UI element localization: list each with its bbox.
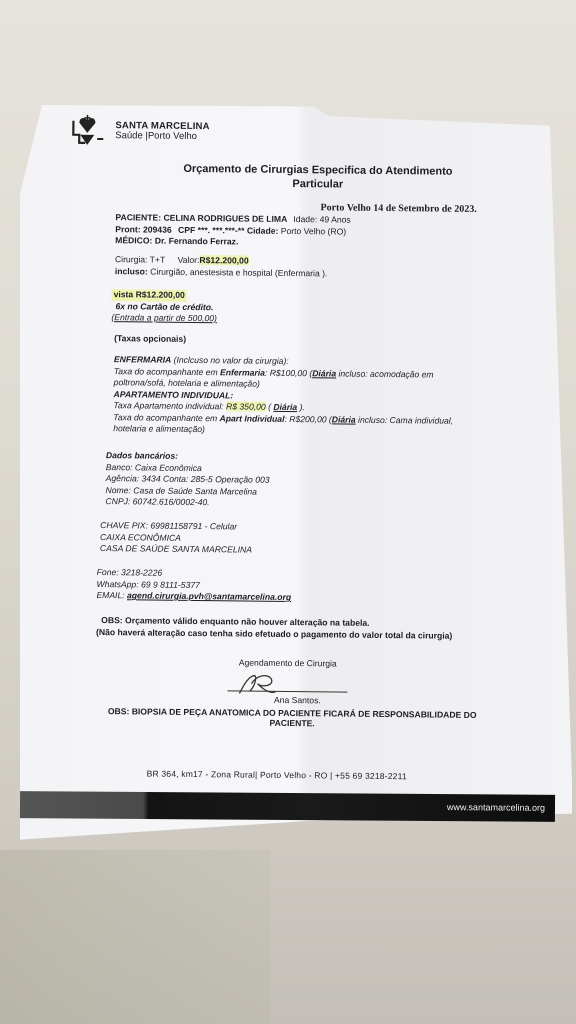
surgery-value: R$12.200,00 [199,255,248,266]
patient-age: 49 Anos [320,214,351,224]
bank-account: Agência: 3434 Conta: 285-5 Operação 003 [106,473,270,486]
validity-notes: OBS: Orçamento válido enquanto não houve… [96,615,452,642]
ward-fees: ENFERMARIA (Inclcuso no valor da cirurgi… [113,354,464,438]
footer-url[interactable]: www.santamarcelina.org [447,802,545,813]
patient-info: PACIENTE: CELINA RODRIGUES DE LIMA Idade… [115,212,351,249]
contact-details: Fone: 3218-2226 WhatsApp: 69 9 8111-5377… [96,567,291,604]
optional-fees-heading: (Taxas opcionais) [114,333,186,345]
patient-city: Porto Velho (RO) [281,225,347,236]
doctor-name: Dr. Fernando Ferraz. [155,236,239,247]
signer-name: Ana Santos. [247,695,347,706]
biopsy-notice: OBS: BIOPSIA DE PEÇA ANATOMICA DO PACIEN… [97,706,487,730]
surgery-name: T+T [150,255,166,265]
patient-cpf: ***. ***.***-** [198,225,245,235]
bank-cnpj: CNPJ: 60742.616/0002-40. [105,496,269,509]
document-content: SANTA MARCELINA Saúde |Porto Velho Orçam… [0,0,576,1024]
payment-options: vista R$12.200,00 6x no Cartão de crédit… [111,289,217,325]
surgery-info: Cirurgia: T+T Valor:R$12.200,00 incluso:… [115,254,328,279]
page-title: Orçamento de Cirurgias Especifica do Ate… [163,162,473,194]
email-link[interactable]: agend.cirurgia.pvh@santamarcelina.org [127,590,291,602]
hospital-logo: SANTA MARCELINA Saúde |Porto Velho [69,113,210,150]
payment-entry: (Entrada a partir de 500,00) [111,312,217,325]
pix-key: CHAVE PIX: 69981158791 - Celular [100,520,252,533]
footer-bar: www.santamarcelina.org [20,791,555,822]
department-label: Agendamento de Cirurgia [198,657,378,669]
title-line-2: Particular [163,176,473,194]
document-date: Porto Velho 14 de Setembro de 2023. [320,202,476,215]
bank-details: Dados bancários: Banco: Caixa Econômica … [105,450,269,509]
patient-name: CELINA RODRIGUES DE LIMA [163,213,287,224]
santa-marcelina-logo-icon [69,113,107,149]
surgery-included: Cirurgião, anestesista e hospital (Enfer… [150,266,327,278]
footer-address: BR 364, km17 - Zona Rural| Porto Velho -… [147,769,407,782]
pix-details: CHAVE PIX: 69981158791 - Celular CAIXA E… [100,520,252,556]
org-subtitle: Saúde |Porto Velho [115,131,209,142]
patient-pront: 209436 [143,224,172,234]
payment-cash: vista R$12.200,00 [112,289,187,301]
